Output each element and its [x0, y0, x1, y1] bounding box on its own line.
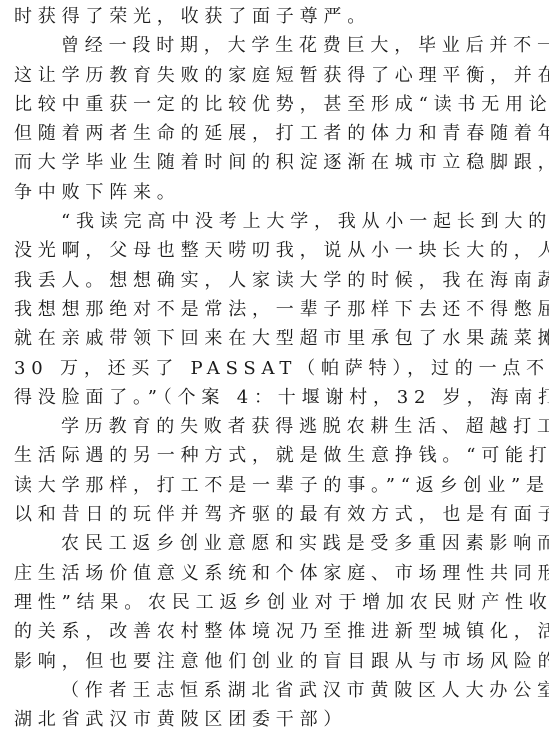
text-line: 30 万，还买了 PASSAT（帕萨特），过的一点不比同学差啊，再见面也不觉 — [14, 354, 542, 383]
text-line: 这让学历教育失败的家庭短暂获得了心理平衡，并在打工比上大学挣钱的 — [14, 61, 542, 90]
text-line: 读大学那样，打工不是一辈子的事。”“返乡创业”是那些新生代打工者得 — [14, 471, 542, 500]
text-line: 而大学毕业生随着时间的积淀逐渐在城市立稳脚跟，打工在跟读大学的竞 — [14, 148, 542, 177]
text-line: 影响，但也要注意他们创业的盲目跟从与市场风险的无情摧折。 — [14, 647, 542, 676]
text-line: 的关系，改善农村整体境况乃至推进新型城镇化，活跃县域经济都有积极 — [14, 617, 542, 646]
text-line: 我丢人。想想确实，人家读大学的时候，我在海南蔬菜水果市场搬运，但 — [14, 266, 542, 295]
text-line: 庄生活场价值意义系统和个体家庭、市场理性共同形塑的农民主体“实体 — [14, 559, 542, 588]
document-body: 时获得了荣光，收获了面子尊严。 曾经一段时期，大学生花费巨大，毕业后并不一定能够… — [14, 2, 542, 734]
text-line: 争中败下阵来。 — [14, 178, 542, 207]
text-line: 没光啊，父母也整天唠叨我，说从小一块长大的，人家考上我没考上觉得 — [14, 236, 542, 265]
text-line: 生活际遇的另一种方式，就是做生意挣钱。“可能打工是能挣到钱，但不像 — [14, 441, 542, 470]
author-note-line: 湖北省武汉市黄陂区团委干部） — [14, 705, 542, 734]
text-line: 理性”结果。农民工返乡创业对于增加农民财产性收入，拉近劳动和生活 — [14, 588, 542, 617]
author-note-line: （作者王志恒系湖北省武汉市黄陂区人大办公室秘书科干部；谢廷廷系 — [14, 676, 542, 705]
text-line: 就在亲戚带领下回来在大型超市里承包了水果蔬菜摊位，现在一年至少挣 — [14, 324, 542, 353]
text-line: 农民工返乡创业意愿和实践是受多重因素影响而生成并做出的，是村 — [14, 529, 542, 558]
text-line: 学历教育的失败者获得逃脱农耕生活、超越打工体验、稳定可预期的 — [14, 412, 542, 441]
text-line: “我读完高中没考上大学，我从小一起长到大的却考上了，当时脸上好 — [14, 207, 542, 236]
text-line: 时获得了荣光，收获了面子尊严。 — [14, 2, 542, 31]
text-line: 以和昔日的玩伴并驾齐驱的最有效方式，也是有面子的高价值展示。 — [14, 500, 542, 529]
text-line: 我想想那绝对不是常法，一辈子那样下去还不得憋屈死，干了几年后，我 — [14, 295, 542, 324]
text-line: 比较中重获一定的比较优势，甚至形成“读书无用论”的酸葡萄式艳羡。 — [14, 90, 542, 119]
text-line: 但随着两者生命的延展，打工者的体力和青春随着年龄消逝逐渐返乡归田， — [14, 119, 542, 148]
text-line: 曾经一段时期，大学生花费巨大，毕业后并不一定能够找到好工作， — [14, 31, 542, 60]
text-line: 得没脸面了。”（个案 4：十堰谢村，32 岁，海南打工，男） — [14, 383, 542, 412]
